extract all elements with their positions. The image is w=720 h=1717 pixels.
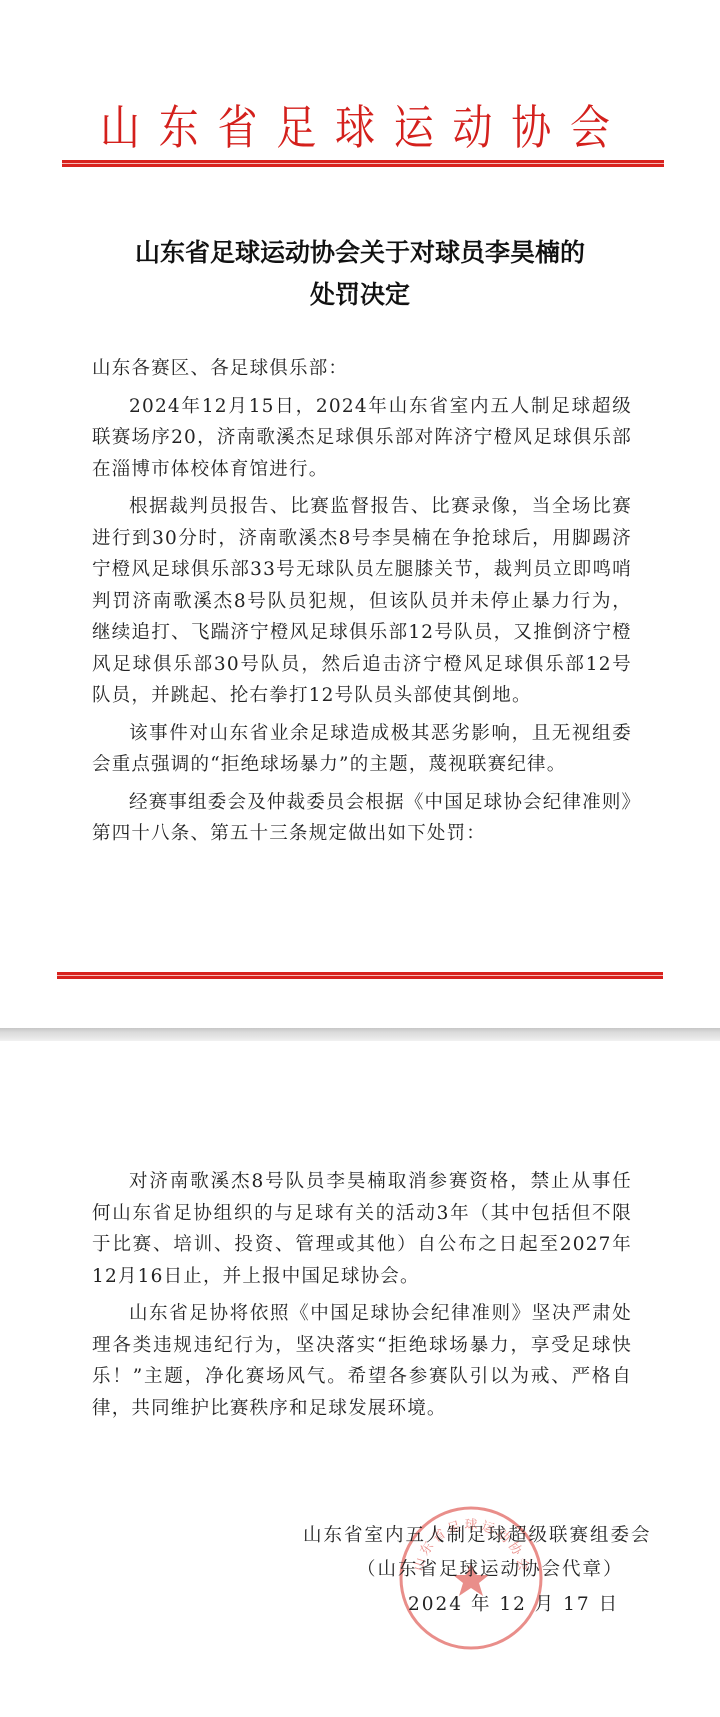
document-title-line-2: 处罚决定 [0,273,720,317]
letterhead-char: 协 [511,90,551,157]
letterhead-char: 动 [453,90,493,157]
letterhead-char: 运 [394,90,434,157]
letterhead-char: 东 [159,90,199,157]
letterhead-char: 足 [276,90,316,157]
letterhead-char: 会 [570,90,610,157]
paragraph-legal-basis: 经赛事组委会及仲裁委员会根据《中国足球协会纪律准则》第四十八条、第五十三条规定做… [92,787,632,850]
letterhead-red-rule [62,160,664,167]
paragraph-incident-details: 根据裁判员报告、比赛监督报告、比赛录像，当全场比赛进行到30分时，济南歌溪杰8号… [92,491,632,712]
page-1-bottom-red-rule [57,972,663,979]
paragraph-penalty: 对济南歌溪杰8号队员李昊楠取消参赛资格，禁止从事任何山东省足协组织的与足球有关的… [92,1166,632,1292]
paragraph-incident-date: 2024年12月15日，2024年山东省室内五人制足球超级联赛场序20，济南歌溪… [92,391,632,486]
salutation: 山东各赛区、各足球俱乐部： [92,353,632,385]
letterhead-char: 山 [100,90,140,157]
paragraph-impact: 该事件对山东省业余足球造成极其恶劣影响，且无视组委会重点强调的“拒绝球场暴力”的… [92,718,632,781]
letterhead-char: 球 [335,90,375,157]
letterhead-char: 省 [218,90,258,157]
letterhead-title: 山 东 省 足 球 运 动 协 会 [100,96,610,152]
page-separator [0,1028,720,1041]
paragraph-closing: 山东省足协将依照《中国足球协会纪律准则》坚决严肃处理各类违规违纪行为，坚决落实“… [92,1298,632,1424]
document-title-line-1: 山东省足球运动协会关于对球员李昊楠的 [0,231,720,275]
page-1-body: 山东各赛区、各足球俱乐部： 2024年12月15日，2024年山东省室内五人制足… [92,353,632,856]
signature-seal-note: （山东省足球运动协会代章） [357,1555,720,1581]
signature-date: 2024 年 12 月 17 日 [408,1590,720,1616]
page-2-body: 对济南歌溪杰8号队员李昊楠取消参赛资格，禁止从事任何山东省足协组织的与足球有关的… [92,1166,632,1430]
document-page-1: 山 东 省 足 球 运 动 协 会 山东省足球运动协会关于对球员李昊楠的 处罚决… [0,0,720,1028]
signature-organization: 山东省室内五人制足球超级联赛组委会 [303,1521,703,1547]
